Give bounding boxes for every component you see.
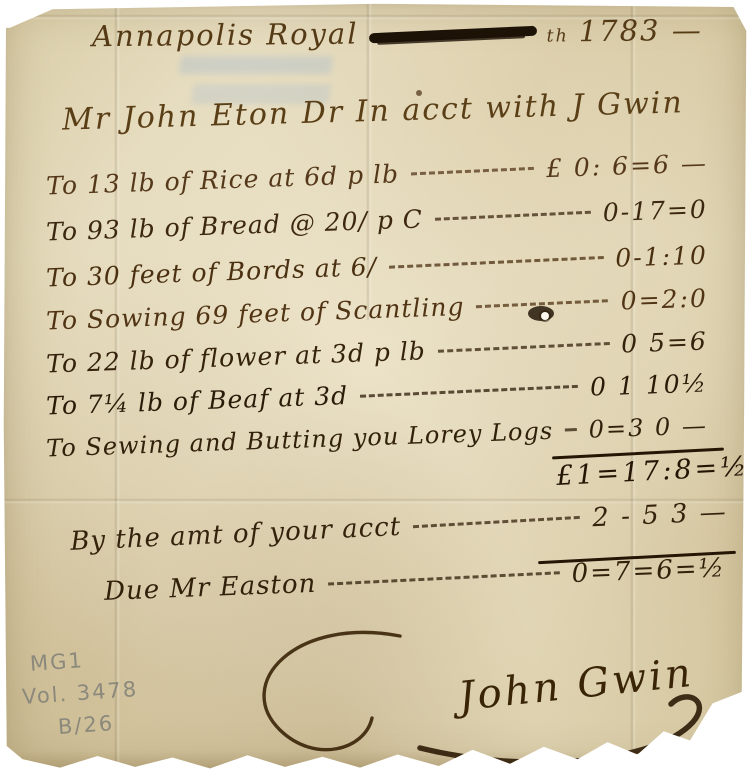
- archival-note-line1: MG1: [29, 648, 84, 676]
- ink-speck: [416, 90, 422, 96]
- leader-dashes: [360, 385, 578, 398]
- credit-amount: 2 - 5 3 —: [592, 497, 729, 533]
- place-name: Annapolis Royal: [92, 17, 359, 54]
- table-row: To 22 lb of flower at 3d p lb 0 5=6: [46, 326, 709, 378]
- table-row: To 13 lb of Rice at 6d p lb £ 0: 6=6 —: [46, 148, 709, 200]
- table-row: To 30 feet of Bords at 6/ 0-1:10: [46, 240, 709, 292]
- archival-note-line2: Vol. 3478: [21, 677, 139, 709]
- leader-dashes: [328, 571, 559, 585]
- item-amount: 0-17=0: [602, 194, 708, 227]
- table-row: To Sowing 69 feet of Scantling 0=2:0: [46, 283, 709, 335]
- balance-label: Due Mr Easton: [104, 569, 317, 607]
- item-amount: £ 0: 6=6 —: [546, 148, 709, 183]
- item-amount: 0 5=6: [621, 326, 709, 358]
- item-label: To 93 lb of Bread @ 20/ p C: [46, 204, 424, 246]
- leader-dashes: [389, 256, 603, 269]
- header-line: Annapolis Royal th 1783 —: [92, 13, 722, 54]
- year: 1783 —: [579, 13, 703, 48]
- credit-row: By the amt of your acct 2 - 5 3 —: [70, 497, 729, 557]
- leader-dashes: [413, 516, 580, 528]
- date-superscript: th: [546, 26, 568, 46]
- item-label: To Sewing and Butting you Lorey Logs: [46, 417, 554, 463]
- strikethrough-mark: [368, 24, 536, 48]
- item-label: To 7¼ lb of Beaf at 3d: [46, 381, 349, 421]
- item-label: To 30 feet of Bords at 6/: [46, 252, 378, 293]
- credit-label: By the amt of your acct: [70, 512, 402, 557]
- item-amount: 0=2:0: [620, 283, 708, 315]
- leader-dashes: [411, 167, 534, 176]
- table-row: To 7¼ lb of Beaf at 3d 0 1 10½: [46, 368, 709, 420]
- stamp-showthrough: [179, 56, 334, 74]
- paper-hole: [541, 312, 549, 320]
- leader-dashes: [438, 342, 610, 353]
- item-amount: 0 1 10½: [590, 368, 709, 401]
- archival-note-line3: B/26: [57, 711, 115, 739]
- account-title: Mr John Eton Dr In acct with J Gwin: [62, 85, 685, 137]
- balance-row: Due Mr Easton 0=7=6=½: [104, 553, 727, 607]
- balance-amount: 0=7=6=½: [571, 553, 726, 589]
- item-amount: 0-1:10: [615, 240, 708, 272]
- manuscript-paper: Annapolis Royal th 1783 — Mr John Eton D…: [0, 0, 750, 773]
- leader-dashes: [565, 428, 577, 432]
- item-label: To Sowing 69 feet of Scantling: [46, 292, 465, 336]
- table-row: To 93 lb of Bread @ 20/ p C 0-17=0: [46, 194, 709, 246]
- item-label: To 22 lb of flower at 3d p lb: [46, 336, 427, 378]
- item-amount: 0=3 0 —: [588, 411, 708, 443]
- item-label: To 13 lb of Rice at 6d p lb: [46, 159, 400, 200]
- leader-dashes: [435, 211, 591, 221]
